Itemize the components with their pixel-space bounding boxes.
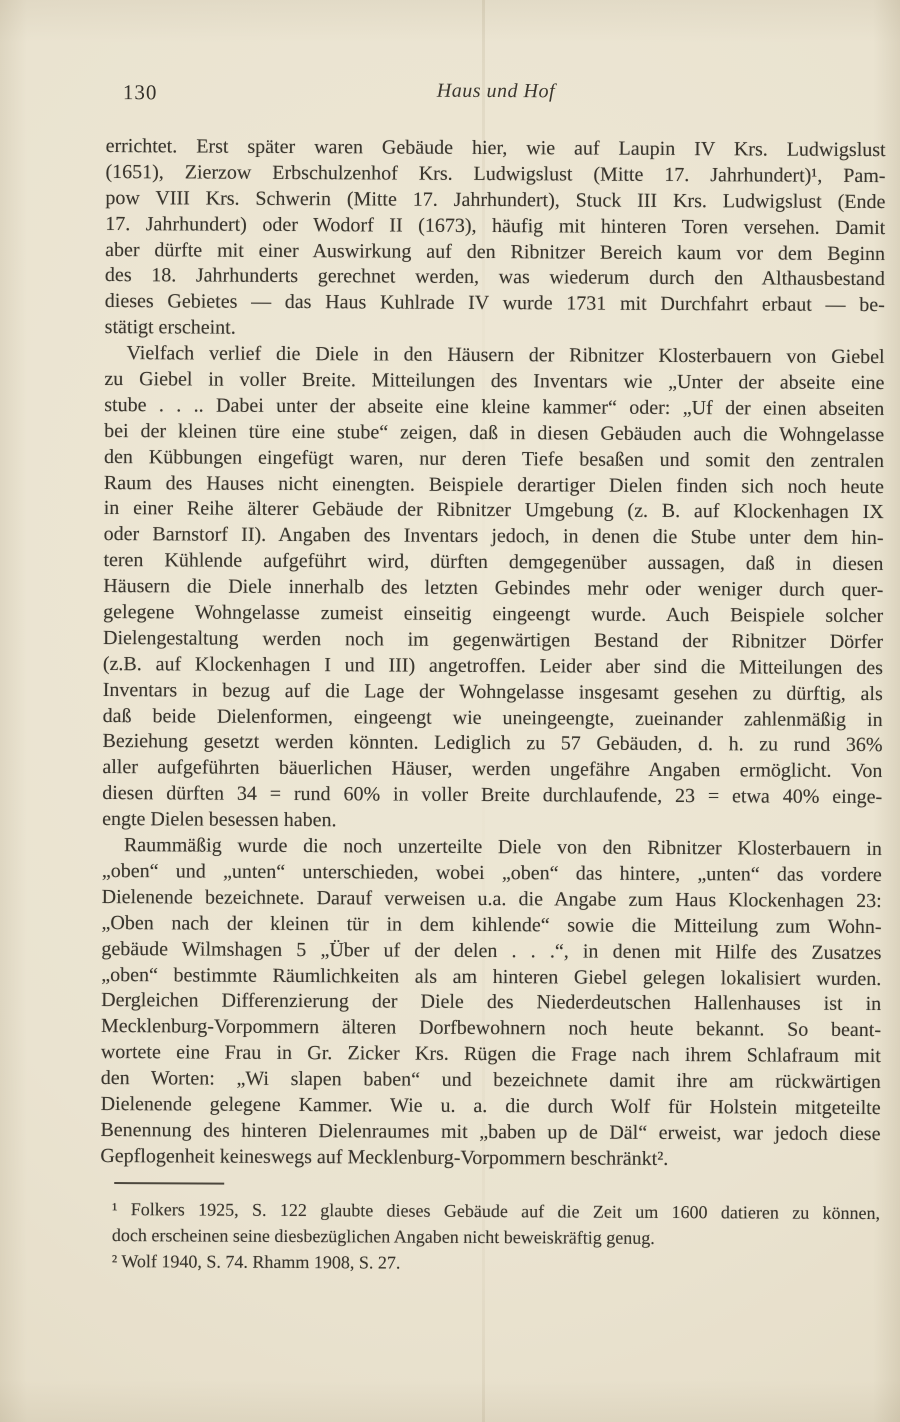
footnote-line: ¹ Folkers 1925, S. 122 glaubte dieses Ge… <box>100 1196 880 1226</box>
text-line: Raummäßig wurde die noch unzerteilte Die… <box>102 833 882 863</box>
running-title: Haus und Hof <box>106 78 886 105</box>
text-block: 130 Haus und Hof errichtet. Erst später … <box>100 78 886 1278</box>
text-line: zu Giebel in voller Breite. Mitteilungen… <box>104 367 884 397</box>
text-line: in einer Reihe älterer Gebäude der Ribni… <box>104 496 884 526</box>
text-line: Beziehung gesetzt werden könnten. Ledigl… <box>102 729 882 759</box>
text-line: (1651), Zierzow Erbschulzenhof Krs. Ludw… <box>105 160 885 190</box>
page-header: 130 Haus und Hof <box>106 78 886 108</box>
footnote: ² Wolf 1940, S. 74. Rhamm 1908, S. 27. <box>100 1248 880 1278</box>
text-line: „oben“ bestimmte Räumlichkeiten als am h… <box>101 962 881 992</box>
text-line: den Kübbungen eingefügt waren, nur deren… <box>104 445 884 475</box>
paragraph: Vielfach verlief die Diele in den Häuser… <box>102 341 885 837</box>
text-line: Dielengestaltung werden noch im gegenwär… <box>103 626 883 656</box>
text-line: gebäude Wilmshagen 5 „Über uf der delen … <box>101 937 881 967</box>
text-line: Gepflogenheit keineswegs auf Mecklenburg… <box>100 1144 880 1174</box>
text-line: bei der kleinen türe eine stube“ zeigen,… <box>104 419 884 449</box>
footnote-line: ² Wolf 1940, S. 74. Rhamm 1908, S. 27. <box>100 1248 880 1278</box>
text-line: Dielenende gelegene Kammer. Wie u. a. di… <box>101 1092 881 1122</box>
text-line: aber dürfte mit einer Auswirkung auf den… <box>105 238 885 268</box>
text-line: wortete eine Frau in Gr. Zicker Krs. Rüg… <box>101 1040 881 1070</box>
text-line: stätigt erscheint. <box>105 315 885 345</box>
footnote: ¹ Folkers 1925, S. 122 glaubte dieses Ge… <box>100 1196 880 1252</box>
text-line: Benennung des hinteren Dielenraumes mit … <box>100 1118 880 1148</box>
text-line: pow VIII Krs. Schwerin (Mitte 17. Jahrhu… <box>105 186 885 216</box>
body-text: errichtet. Erst später waren Gebäude hie… <box>100 134 885 1174</box>
text-line: engte Dielen besessen haben. <box>102 807 882 837</box>
paragraph: errichtet. Erst später waren Gebäude hie… <box>105 134 886 345</box>
footnote-rule <box>114 1182 224 1185</box>
text-line: errichtet. Erst später waren Gebäude hie… <box>106 134 886 164</box>
footnote-line: doch erscheinen seine diesbezüglichen An… <box>100 1222 880 1252</box>
text-line: Inventars in bezug auf die Lage der Wohn… <box>103 678 883 708</box>
text-line: dieses Gebietes — das Haus Kuhlrade IV w… <box>105 289 885 319</box>
book-page-scan: 130 Haus und Hof errichtet. Erst später … <box>0 0 900 1422</box>
text-line: Mecklenburg-Vorpommern älteren Dorfbewoh… <box>101 1014 881 1044</box>
text-line: Dergleichen Differenzierung der Diele de… <box>101 988 881 1018</box>
text-line: gelegene Wohngelasse zumeist einseitig e… <box>103 600 883 630</box>
footnotes-list: ¹ Folkers 1925, S. 122 glaubte dieses Ge… <box>100 1196 880 1278</box>
text-line: Häusern die Diele innerhalb des letzten … <box>103 574 883 604</box>
text-line: aller aufgeführten bäuerlichen Häuser, w… <box>102 755 882 785</box>
text-line: oder Barnstorf II). Angaben des Inventar… <box>104 522 884 552</box>
text-line: des 18. Jahrhunderts gerechnet werden, w… <box>105 263 885 293</box>
text-line: Vielfach verlief die Diele in den Häuser… <box>104 341 884 371</box>
paragraph: Raummäßig wurde die noch unzerteilte Die… <box>100 833 882 1174</box>
text-line: daß beide Dielenformen, eingeengt wie un… <box>103 704 883 734</box>
text-line: den Worten: „Wi slapen baben“ und bezeic… <box>101 1066 881 1096</box>
text-line: „oben“ und „unten“ unterschieden, wobei … <box>102 859 882 889</box>
text-line: stube . . .. Dabei unter der abseite ein… <box>104 393 884 423</box>
text-line: „Oben nach der kleinen tür in dem kihlen… <box>102 911 882 941</box>
text-line: diesen dürften 34 = rund 60% in voller B… <box>102 781 882 811</box>
text-line: teren Kühlende aufgeführt wird, dürften … <box>103 548 883 578</box>
text-line: (z.B. auf Klockenhagen I und III) angetr… <box>103 652 883 682</box>
text-line: 17. Jahrhundert) oder Wodorf II (1673), … <box>105 212 885 242</box>
text-line: Dielenende bezeichnete. Darauf verweisen… <box>102 885 882 915</box>
page-number: 130 <box>123 80 158 105</box>
text-line: Raum des Hauses nicht einengten. Beispie… <box>104 471 884 501</box>
